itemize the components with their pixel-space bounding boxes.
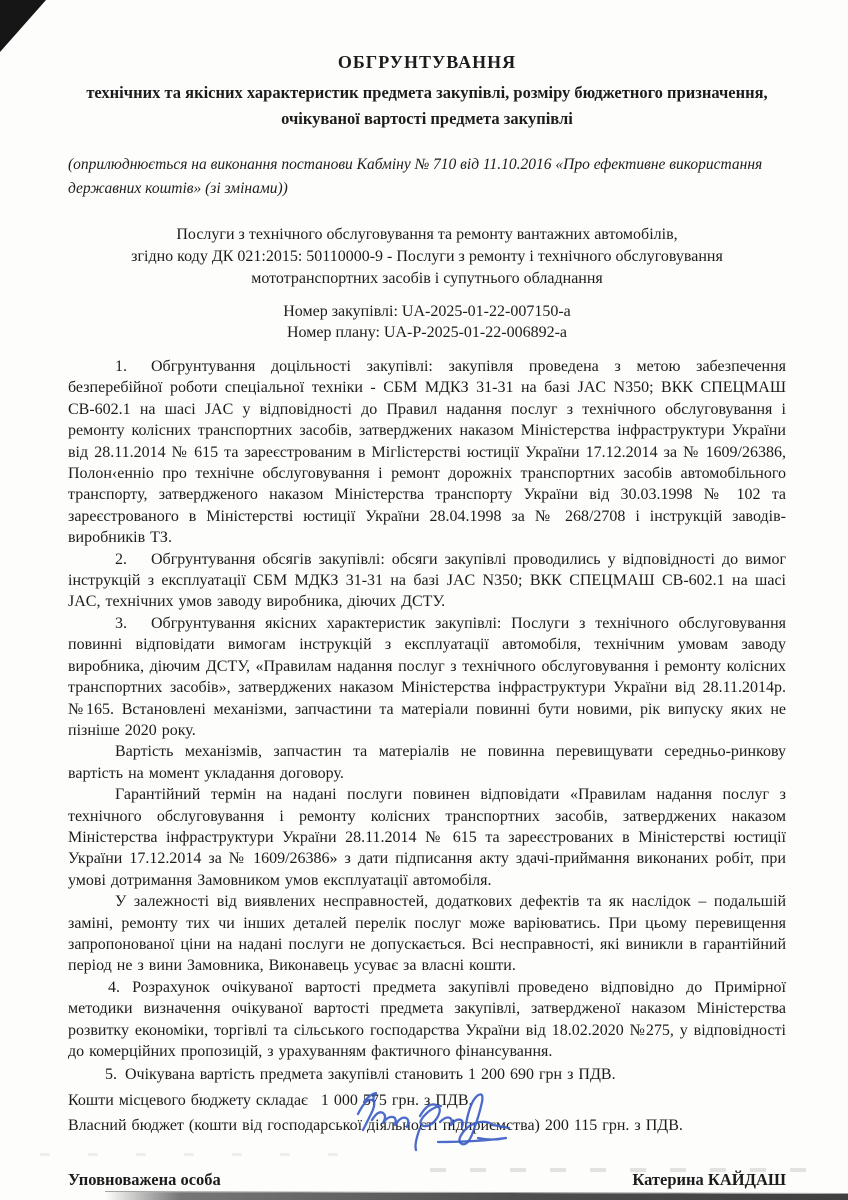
subtitle-line-1: технічних та якісних характеристик предм… xyxy=(68,80,786,106)
paragraph-volumes: 2. Обгрунтування обсягів закупівлі: обся… xyxy=(68,549,786,613)
paragraph-warranty: Гарантійний термін на надані послуги пов… xyxy=(68,784,786,891)
legal-note: (оприлюднюється на виконання постанови К… xyxy=(68,153,786,201)
subject-line-1: Послуги з технічного обслуговування та р… xyxy=(68,224,786,246)
procurement-numbers: Номер закупівлі: UA-2025-01-22-007150-а … xyxy=(68,301,786,343)
subject-line-3: мототранспортних засобів і супутнього об… xyxy=(68,268,786,290)
subject-line-2: згідно коду ДК 021:2015: 50110000-9 - По… xyxy=(68,246,786,268)
procurement-subject: Послуги з технічного обслуговування та р… xyxy=(68,224,786,290)
paragraph-cost-limit: Вартість механізмів, запчастин та матері… xyxy=(68,741,786,784)
handwritten-signature-icon xyxy=(328,1076,520,1172)
scan-noise xyxy=(40,1153,340,1156)
document-title: ОБГРУНТУВАННЯ xyxy=(68,52,786,73)
signatory-role: Уповноважена особа xyxy=(68,1170,221,1190)
paragraph-variations: У залежності від виявлених несправностей… xyxy=(68,891,786,977)
paragraph-justification: 1. Обгрунтування доцільності закупівлі: … xyxy=(68,356,786,549)
signature-block: Уповноважена особа Катерина КАЙДАШ xyxy=(68,1170,786,1190)
document-body: 1. Обгрунтування доцільності закупівлі: … xyxy=(68,356,786,1137)
signatory-name: Катерина КАЙДАШ xyxy=(632,1170,786,1190)
procurement-number: Номер закупівлі: UA-2025-01-22-007150-а xyxy=(68,301,786,322)
scan-edge-artifact xyxy=(105,1191,848,1200)
paragraph-quality: 3. Обгрунтування якісних характеристик з… xyxy=(68,613,786,741)
scan-corner-artifact xyxy=(0,0,46,52)
paragraph-cost-method: 4. Розрахунок очікуваної вартості предме… xyxy=(68,977,786,1063)
subtitle-line-2: очікуваної вартості предмета закупівлі xyxy=(68,106,786,132)
scanned-document-page: ОБГРУНТУВАННЯ технічних та якісних харак… xyxy=(0,0,848,1200)
scan-noise xyxy=(430,1168,830,1172)
document-subtitle: технічних та якісних характеристик предм… xyxy=(68,80,786,132)
plan-number: Номер плану: UA-P-2025-01-22-006892-а xyxy=(68,322,786,343)
